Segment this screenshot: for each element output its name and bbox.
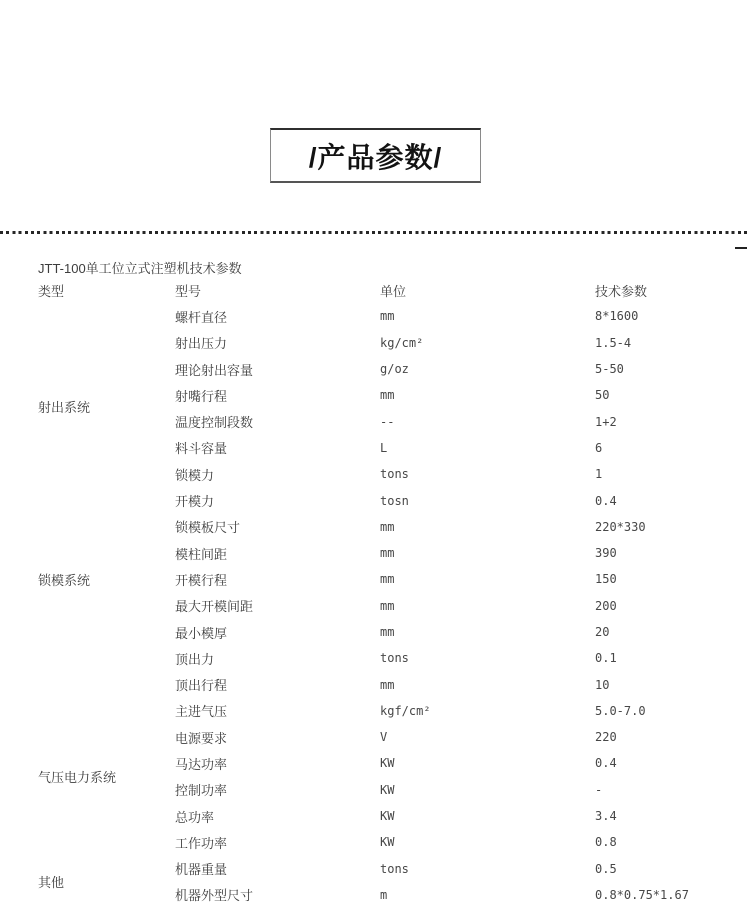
column-header-type: 类型: [38, 277, 175, 303]
value-cell: 220: [595, 724, 750, 750]
table-row: 气压电力系统主进气压kgf/cm²5.0-7.0: [38, 698, 750, 724]
product-parameters-page: /产品参数/ JTT-100单工位立式注塑机技术参数 类型 型号 单位 技术参数…: [0, 0, 750, 922]
value-cell: 10: [595, 671, 750, 697]
param-name-cell: 马达功率: [175, 750, 380, 776]
param-name-cell: 开模行程: [175, 566, 380, 592]
value-cell: 6: [595, 435, 750, 461]
unit-cell: kg/cm²: [380, 330, 595, 356]
unit-cell: mm: [380, 593, 595, 619]
unit-cell: L: [380, 435, 595, 461]
param-name-cell: 机器外型尺寸: [175, 882, 380, 908]
param-name-cell: 电源要求: [175, 724, 380, 750]
value-cell: 1.5-4: [595, 330, 750, 356]
value-cell: 20: [595, 619, 750, 645]
value-cell: 0.8*0.75*1.67: [595, 882, 750, 908]
column-header-unit: 单位: [380, 277, 595, 303]
param-name-cell: 最小模厚: [175, 619, 380, 645]
unit-cell: KW: [380, 803, 595, 829]
value-cell: 0.4: [595, 750, 750, 776]
unit-cell: tons: [380, 856, 595, 882]
unit-cell: mm: [380, 540, 595, 566]
category-cell: 射出系统: [38, 303, 175, 461]
unit-cell: V: [380, 724, 595, 750]
value-cell: 220*330: [595, 514, 750, 540]
spec-table-title: JTT-100单工位立式注塑机技术参数: [38, 258, 242, 277]
column-header-model: 型号: [175, 277, 380, 303]
param-name-cell: 最大开模间距: [175, 593, 380, 619]
param-name-cell: 控制功率: [175, 777, 380, 803]
table-row: 其他机器重量tons0.5: [38, 856, 750, 882]
value-cell: 390: [595, 540, 750, 566]
param-name-cell: 射嘴行程: [175, 382, 380, 408]
unit-cell: mm: [380, 671, 595, 697]
value-cell: 3.4: [595, 803, 750, 829]
value-cell: 200: [595, 593, 750, 619]
unit-cell: mm: [380, 514, 595, 540]
param-name-cell: 锁模板尺寸: [175, 514, 380, 540]
value-cell: 1+2: [595, 408, 750, 434]
value-cell: 0.5: [595, 856, 750, 882]
spec-table-body: 射出系统螺杆直径mm8*1600射出压力kg/cm²1.5-4理论射出容量g/o…: [38, 303, 750, 908]
section-title: /产品参数/: [309, 136, 443, 176]
spec-table: 类型 型号 单位 技术参数 射出系统螺杆直径mm8*1600射出压力kg/cm²…: [38, 277, 750, 908]
category-cell: 锁模系统: [38, 461, 175, 698]
unit-cell: KW: [380, 750, 595, 776]
param-name-cell: 模柱间距: [175, 540, 380, 566]
param-name-cell: 机器重量: [175, 856, 380, 882]
unit-cell: tons: [380, 645, 595, 671]
value-cell: 50: [595, 382, 750, 408]
unit-cell: tosn: [380, 487, 595, 513]
column-header-spec: 技术参数: [595, 277, 750, 303]
value-cell: 0.8: [595, 829, 750, 855]
param-name-cell: 温度控制段数: [175, 408, 380, 434]
value-cell: 150: [595, 566, 750, 592]
unit-cell: KW: [380, 829, 595, 855]
param-name-cell: 螺杆直径: [175, 303, 380, 329]
unit-cell: --: [380, 408, 595, 434]
dotted-separator: [0, 231, 750, 234]
unit-cell: mm: [380, 303, 595, 329]
value-cell: 1: [595, 461, 750, 487]
unit-cell: KW: [380, 777, 595, 803]
unit-cell: tons: [380, 461, 595, 487]
value-cell: 5-50: [595, 356, 750, 382]
param-name-cell: 理论射出容量: [175, 356, 380, 382]
param-name-cell: 总功率: [175, 803, 380, 829]
value-cell: 0.4: [595, 487, 750, 513]
table-row: 锁模系统锁模力tons1: [38, 461, 750, 487]
param-name-cell: 开模力: [175, 487, 380, 513]
value-cell: -: [595, 777, 750, 803]
param-name-cell: 顶出力: [175, 645, 380, 671]
unit-cell: mm: [380, 619, 595, 645]
unit-cell: g/oz: [380, 356, 595, 382]
param-name-cell: 锁模力: [175, 461, 380, 487]
right-edge-dash: [735, 247, 747, 249]
param-name-cell: 射出压力: [175, 330, 380, 356]
category-cell: 其他: [38, 856, 175, 909]
unit-cell: m: [380, 882, 595, 908]
unit-cell: mm: [380, 566, 595, 592]
param-name-cell: 顶出行程: [175, 671, 380, 697]
value-cell: 8*1600: [595, 303, 750, 329]
param-name-cell: 工作功率: [175, 829, 380, 855]
category-cell: 气压电力系统: [38, 698, 175, 856]
param-name-cell: 料斗容量: [175, 435, 380, 461]
table-row: 射出系统螺杆直径mm8*1600: [38, 303, 750, 329]
value-cell: 0.1: [595, 645, 750, 671]
unit-cell: kgf/cm²: [380, 698, 595, 724]
param-name-cell: 主进气压: [175, 698, 380, 724]
section-title-box: /产品参数/: [270, 128, 481, 183]
table-header-row: 类型 型号 单位 技术参数: [38, 277, 750, 303]
value-cell: 5.0-7.0: [595, 698, 750, 724]
unit-cell: mm: [380, 382, 595, 408]
